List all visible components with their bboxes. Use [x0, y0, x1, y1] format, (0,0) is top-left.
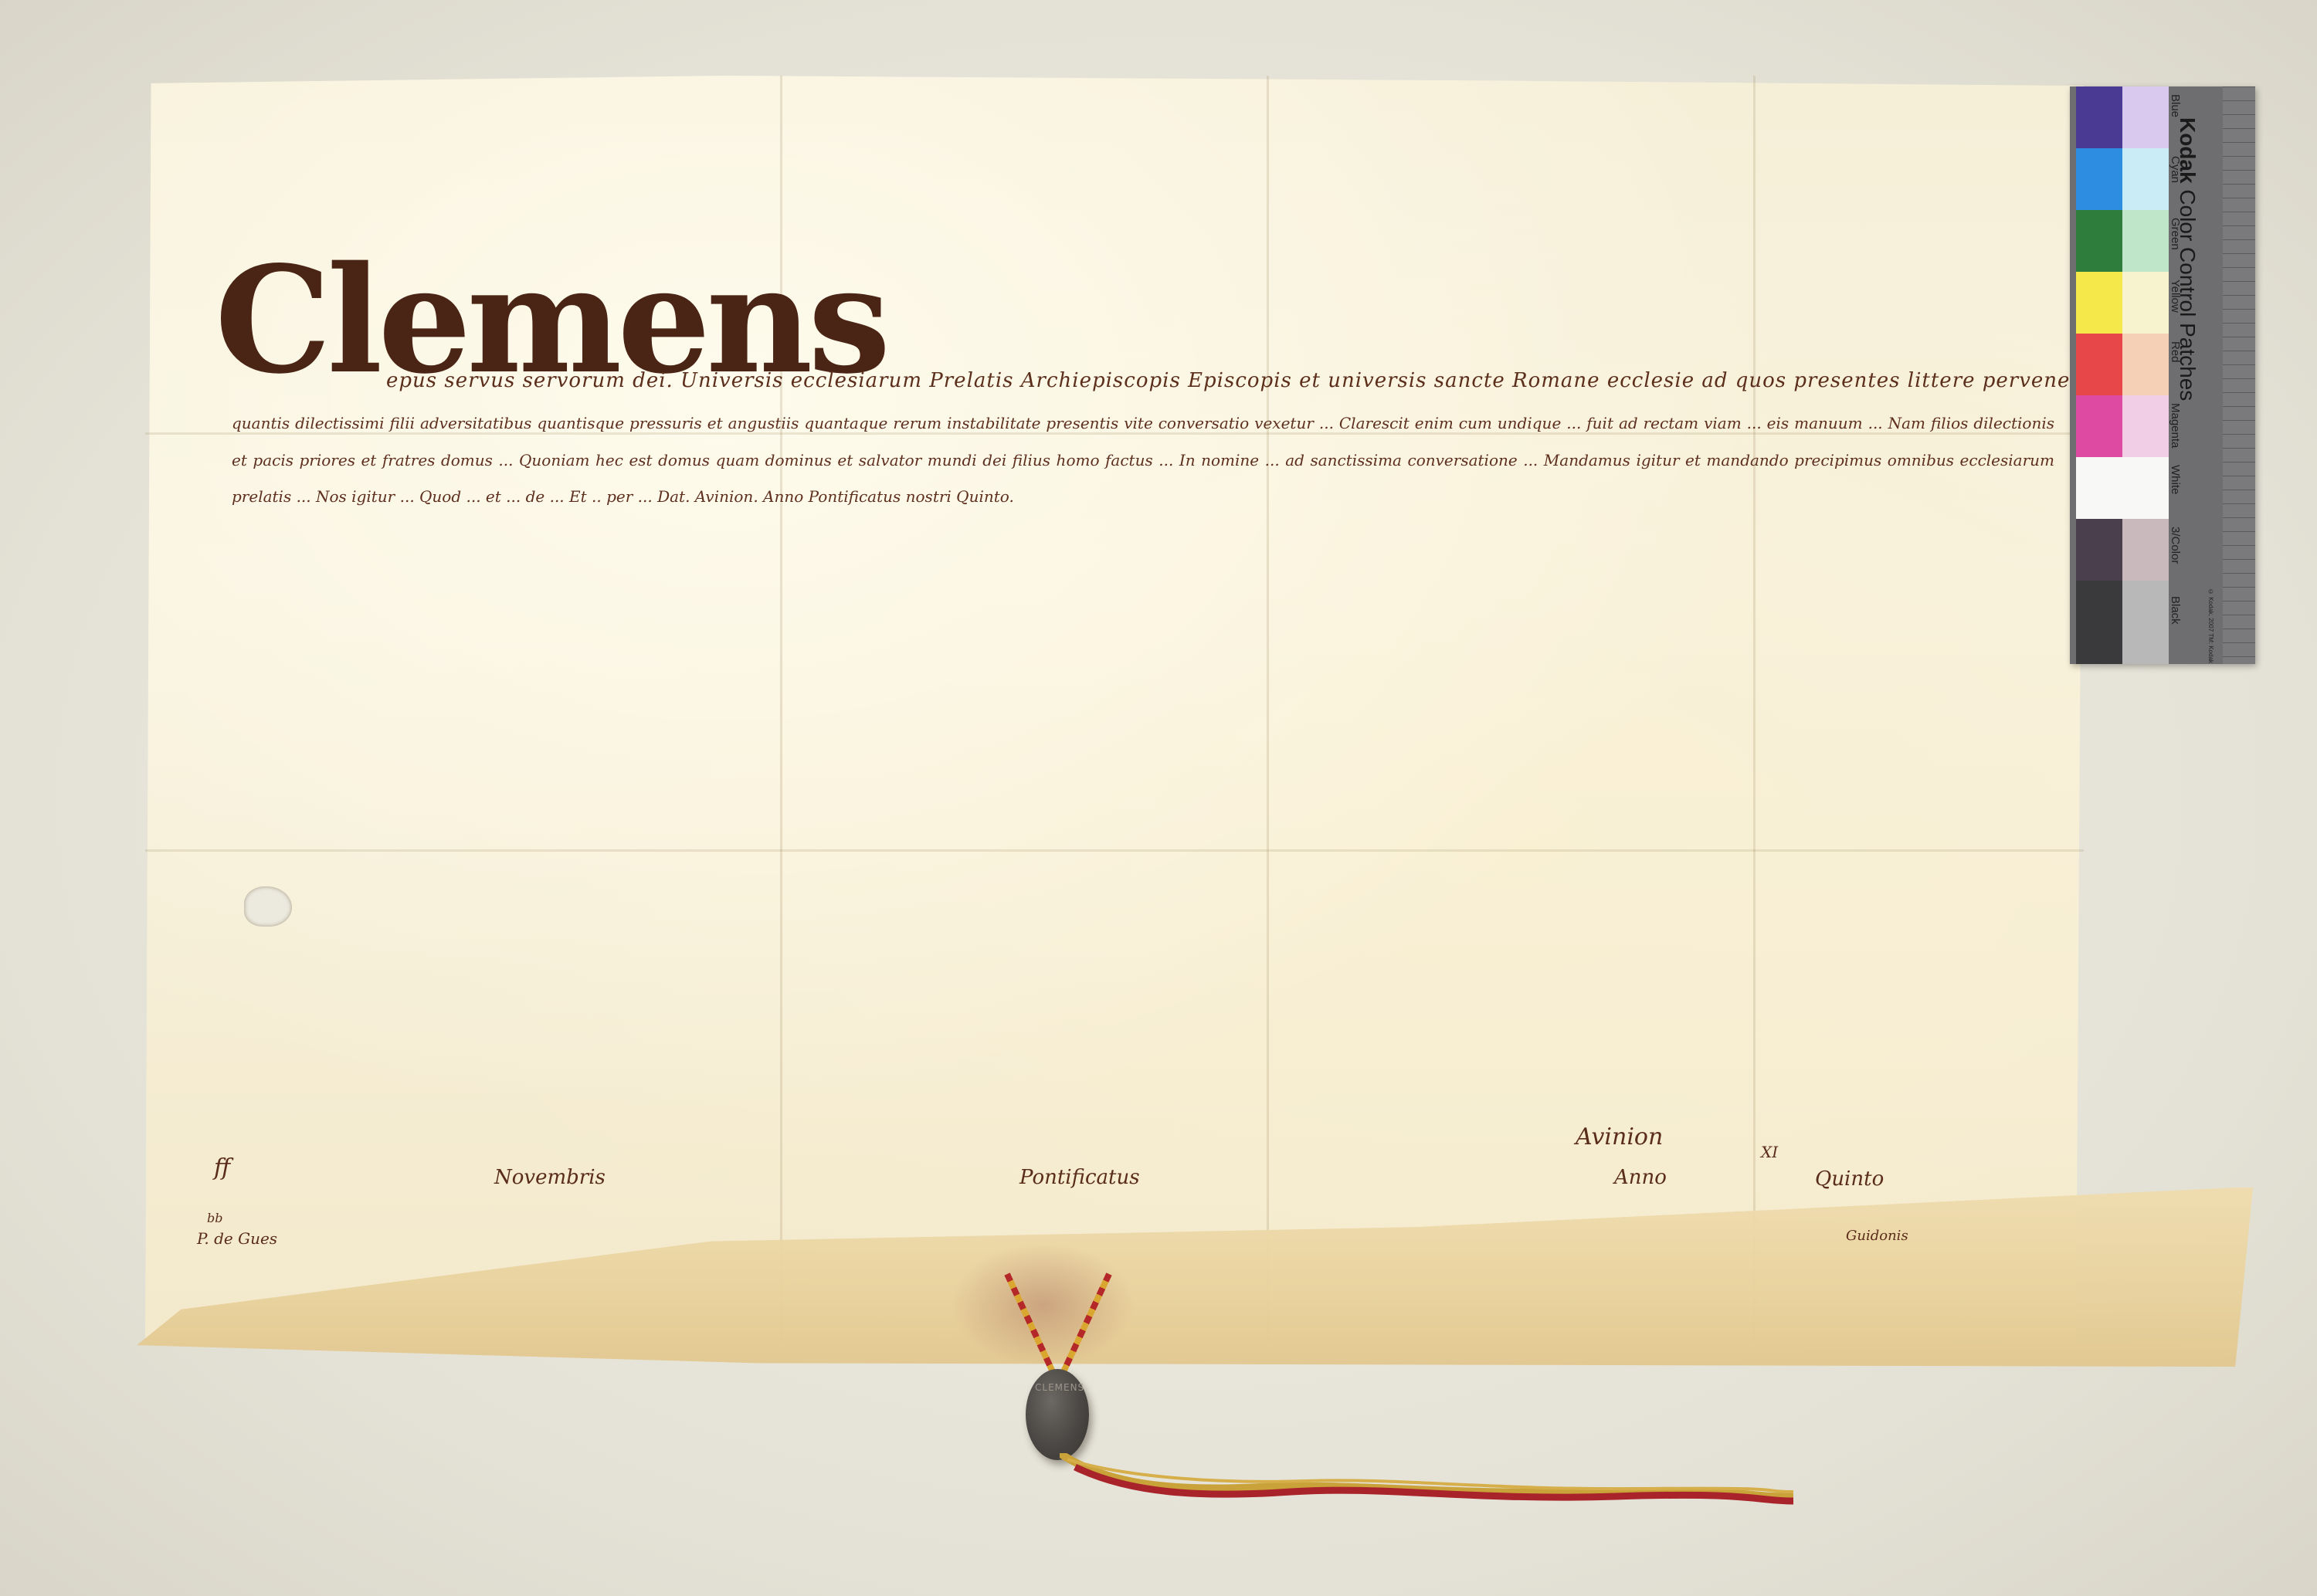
- fold-line: [145, 849, 2084, 852]
- patch-cyan-dark: [2076, 148, 2122, 210]
- label-green: Green: [2169, 218, 2182, 250]
- dating-numeral: XI: [1761, 1143, 1778, 1161]
- dating-place: Avinion: [1576, 1123, 1663, 1150]
- dating-year-label: Anno: [1614, 1166, 1667, 1189]
- label-3color: 3/Color: [2169, 527, 2182, 564]
- label-cyan: Cyan: [2169, 156, 2182, 183]
- title-line: epus servus servorum dei. Universis eccl…: [386, 369, 2070, 392]
- plica-signature: Guidonis: [1846, 1228, 1908, 1244]
- patch-3color-light: [2122, 519, 2169, 581]
- silk-tassel: [1060, 1453, 1793, 1507]
- patch-yellow-dark: [2076, 272, 2122, 334]
- ruler: [2223, 86, 2255, 664]
- fold-line: [1753, 76, 1756, 1342]
- scribe-abbrev: bb: [207, 1211, 222, 1225]
- patch-red-dark: [2076, 334, 2122, 395]
- label-white: White: [2169, 465, 2182, 494]
- patch-magenta-dark: [2076, 395, 2122, 457]
- label-black: Black: [2169, 596, 2182, 625]
- patch-cyan-light: [2122, 148, 2169, 210]
- card-copyright: © Kodak, 2007 TM: Kodak: [2207, 588, 2214, 663]
- patch-black-dark: [2076, 581, 2122, 664]
- fold-line: [1267, 76, 1269, 1342]
- label-yellow: Yellow: [2169, 280, 2182, 313]
- dating-month: Novembris: [494, 1166, 606, 1189]
- label-magenta: Magenta: [2169, 403, 2182, 448]
- patch-green-light: [2122, 210, 2169, 272]
- patch-green-dark: [2076, 210, 2122, 272]
- charter-body-text: quantis dilectissimi filii adversitatibu…: [232, 405, 2054, 516]
- patch-3color-dark: [2076, 519, 2122, 581]
- patch-magenta-light: [2122, 395, 2169, 457]
- patch-yellow-light: [2122, 272, 2169, 334]
- dating-pontificate: Pontificatus: [1019, 1166, 1140, 1189]
- label-red: Red: [2169, 341, 2182, 363]
- patch-blue-dark: [2076, 86, 2122, 148]
- dating-year: Quinto: [1815, 1167, 1884, 1191]
- left-mark: ff: [214, 1154, 230, 1181]
- scribe-note: P. de Gues: [197, 1229, 277, 1248]
- patch-blue-light: [2122, 86, 2169, 148]
- label-blue: Blue: [2169, 94, 2182, 117]
- seal-inscription: CLEMENS: [1035, 1382, 1084, 1393]
- patch-black-light: [2122, 581, 2169, 664]
- patch-red-light: [2122, 334, 2169, 395]
- parchment-hole: [244, 886, 292, 927]
- kodak-color-control-card: Kodak Color Control Patches Blue Cyan Gr…: [2070, 86, 2255, 664]
- patch-white: [2076, 457, 2169, 519]
